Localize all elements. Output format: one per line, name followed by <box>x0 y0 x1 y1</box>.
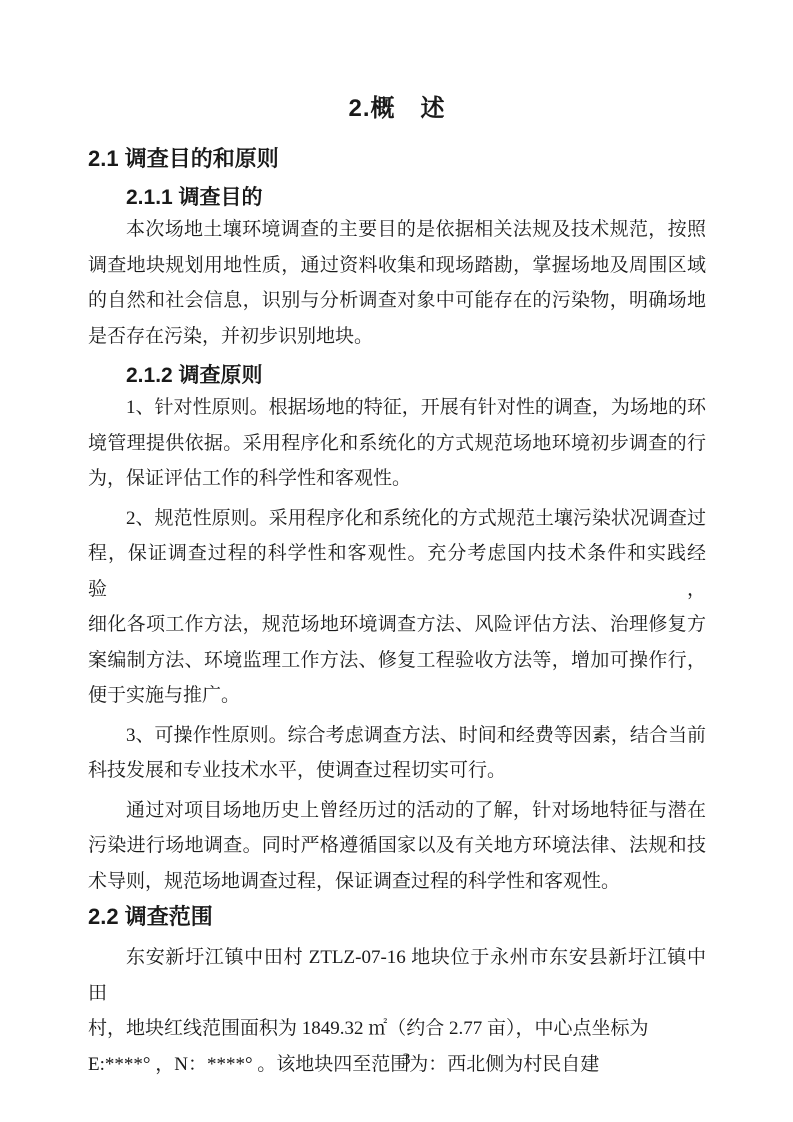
text-line: 境管理提供依据。采用程序化和系统化的方式规范场地环境初步调查的行 <box>88 426 706 462</box>
text-line: 程，保证调查过程的科学性和客观性。充分考虑国内技术条件和实践经验， <box>88 536 706 607</box>
text-line: 2、规范性原则。采用程序化和系统化的方式规范土壤污染状况调查过 <box>88 501 706 537</box>
paragraph: 2、规范性原则。采用程序化和系统化的方式规范土壤污染状况调查过程，保证调查过程的… <box>88 501 706 714</box>
subsection-heading: 2.1.1 调查目的 <box>88 180 706 216</box>
text-line: 便于实施与推广。 <box>88 678 706 714</box>
paragraph: 1、针对性原则。根据场地的特征，开展有针对性的调查，为场地的环境管理提供依据。采… <box>88 390 706 497</box>
text-line: 东安新圩江镇中田村 ZTLZ-07-16 地块位于永州市东安县新圩江镇中田 <box>88 940 706 1011</box>
text-line: 是否存在污染，并初步识别地块。 <box>88 319 706 355</box>
text-line: 的自然和社会信息，识别与分析调查对象中可能存在的污染物，明确场地 <box>88 283 706 319</box>
text-line: 本次场地土壤环境调查的主要目的是依据相关法规及技术规范，按照 <box>88 212 706 248</box>
text-line: 科技发展和专业技术水平，使调查过程切实可行。 <box>88 753 706 789</box>
text-line: 细化各项工作方法，规范场地环境调查方法、风险评估方法、治理修复方 <box>88 607 706 643</box>
chapter-title: 2.概 述 <box>88 91 706 127</box>
text-line: 案编制方法、环境监理工作方法、修复工程验收方法等，增加可操作行， <box>88 643 706 679</box>
text-line: 村，地块红线范围面积为 1849.32 ㎡（约合 2.77 亩），中心点坐标为 <box>88 1011 706 1047</box>
text-line: 调查地块规划用地性质，通过资料收集和现场踏勘，掌握场地及周围区域 <box>88 248 706 284</box>
page-number: 3 <box>10 1048 793 1072</box>
text-line: 通过对项目场地历史上曾经历过的活动的了解，针对场地特征与潜在 <box>88 793 706 829</box>
text-line: 1、针对性原则。根据场地的特征，开展有针对性的调查，为场地的环 <box>88 390 706 426</box>
text-line: 为，保证评估工作的科学性和客观性。 <box>88 461 706 497</box>
paragraph: 3、可操作性原则。综合考虑调查方法、时间和经费等因素，结合当前科技发展和专业技术… <box>88 718 706 789</box>
text-line: 术导则，规范场地调查过程，保证调查过程的科学性和客观性。 <box>88 864 706 900</box>
paragraph: 本次场地土壤环境调查的主要目的是依据相关法规及技术规范，按照调查地块规划用地性质… <box>88 212 706 354</box>
section-heading: 2.2 调查范围 <box>88 899 706 935</box>
page-number-value: 3 <box>403 1051 411 1068</box>
text-line: 3、可操作性原则。综合考虑调查方法、时间和经费等因素，结合当前 <box>88 718 706 754</box>
text-line: 污染进行场地调查。同时严格遵循国家以及有关地方环境法律、法规和技 <box>88 828 706 864</box>
document-page: 2.概 述2.1 调查目的和原则2.1.1 调查目的本次场地土壤环境调查的主要目… <box>0 0 793 1122</box>
document-content: 2.概 述2.1 调查目的和原则2.1.1 调查目的本次场地土壤环境调查的主要目… <box>88 91 706 1086</box>
paragraph: 通过对项目场地历史上曾经历过的活动的了解，针对场地特征与潜在污染进行场地调查。同… <box>88 793 706 900</box>
subsection-heading: 2.1.2 调查原则 <box>88 358 706 394</box>
section-heading: 2.1 调查目的和原则 <box>88 141 706 177</box>
